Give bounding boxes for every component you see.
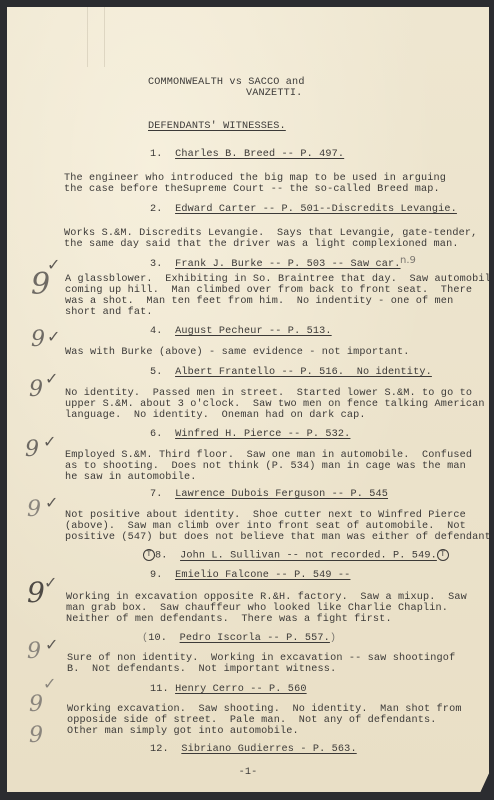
witness-9-body-3: Neither of men defendants. There was a f… (66, 614, 392, 626)
witness-3-body-2: coming up hill. Man climbed over from ba… (65, 285, 472, 297)
witness-3-body-3: was a shot. Man ten feet from him. No in… (65, 296, 453, 308)
circled-t-mark: T (143, 549, 155, 561)
witness-11-heading: 11. Henry Cerro -- P. 560 (150, 684, 307, 696)
check-mark-icon: ✓ (43, 674, 56, 693)
witness-11-body-3: Other man simply got into automobile. (67, 726, 299, 738)
margin-nine-mark: 9 (29, 725, 43, 747)
section-heading: DEFENDANTS' WITNESSES. (148, 121, 286, 133)
witness-2-body-2: the same day said that the driver was a … (64, 239, 459, 251)
witness-10-heading: (10. Pedro Iscorla -- P. 557.) (142, 633, 336, 645)
check-mark-icon: ✓ (45, 493, 58, 512)
witness-6-heading: 6. Winfred H. Pierce -- P. 532. (150, 429, 350, 441)
witness-8-heading: T8. John L. Sullivan -- not recorded. P.… (143, 549, 449, 562)
witness-2-heading: 2. Edward Carter -- P. 501--Discredits L… (150, 204, 457, 216)
witness-10-body-1: Sure of non identity. Working in excavat… (67, 653, 455, 665)
margin-nine-mark: 9 (27, 499, 41, 521)
check-mark-icon: ✓ (43, 432, 56, 451)
witness-7-body-2: (above). Saw man climb over into front s… (65, 521, 466, 533)
check-mark-icon: ✓ (47, 327, 60, 346)
witness-3-body-4: short and fat. (65, 307, 153, 319)
witness-1-body-2: the case before theSupreme Court -- the … (64, 184, 440, 196)
witness-4-heading: 4. August Pecheur -- P. 513. (150, 326, 332, 338)
fold-mark (87, 7, 88, 67)
witness-10-body-2: B. Not defendants. Not important witness… (67, 664, 336, 676)
witness-9-heading: 9. Emielio Falcone -- P. 549 -- (150, 570, 350, 582)
check-mark-icon: ✓ (44, 573, 57, 592)
document-page: COMMONWEALTH vs SACCO and VANZETTI. DEFE… (7, 7, 489, 792)
witness-11-body-1: Working excavation. Saw shooting. No ide… (67, 704, 462, 716)
witness-11-body-2: opposide side of street. Pale man. Not a… (67, 715, 437, 727)
witness-5-heading: 5. Albert Frantello -- P. 516. No identi… (150, 367, 432, 379)
margin-nine-mark: 9 (27, 582, 45, 604)
title-line-2: VANZETTI. (246, 88, 302, 100)
check-mark-icon: ✓ (45, 635, 58, 654)
handwritten-note: n.9 (400, 255, 416, 266)
witness-1-body-1: The engineer who introduced the big map … (64, 173, 446, 185)
witness-7-heading: 7. Lawrence Dubois Ferguson -- P. 545 (150, 489, 388, 501)
witness-3-heading: 3. Frank J. Burke -- P. 503 -- Saw car. (150, 259, 401, 271)
witness-4-body-1: Was with Burke (above) - same evidence -… (65, 347, 410, 359)
witness-5-body-3: language. No identity. Oneman had on dar… (65, 410, 366, 422)
witness-6-body-3: he saw in automobile. (65, 472, 197, 484)
witness-6-body-1: Employed S.&M. Third floor. Saw one man … (65, 450, 472, 462)
witness-5-body-2: upper S.&M. about 3 o'clock. Saw two men… (65, 399, 485, 411)
witness-5-body-1: No identity. Passed men in street. Start… (65, 388, 472, 400)
witness-2-body-1: Works S.&M. Discredits Levangie. Says th… (64, 228, 477, 240)
margin-nine-mark: 9 (27, 641, 41, 663)
margin-nine-mark: 9 (25, 439, 39, 461)
margin-nine-mark: 9 (31, 329, 45, 351)
title-line-1: COMMONWEALTH vs SACCO and (148, 77, 305, 89)
margin-nine-mark: 9 (31, 274, 50, 296)
witness-1-heading: 1. Charles B. Breed -- P. 497. (150, 149, 344, 161)
witness-3-body-1: A glassblower. Exhibiting in So. Braintr… (65, 274, 494, 286)
witness-9-body-2: man grab box. Saw chauffeur who looked l… (66, 603, 448, 615)
witness-6-body-2: as to shooting. Does not think (P. 534) … (65, 461, 466, 473)
witness-9-body-1: Working in excavation opposite R.&H. fac… (66, 592, 467, 604)
fold-mark (104, 7, 105, 67)
check-mark-icon: ✓ (45, 369, 58, 388)
witness-7-body-1: Not positive about identity. Shoe cutter… (65, 510, 466, 522)
check-mark-icon: ✓ (47, 255, 60, 274)
margin-nine-mark: 9 (29, 379, 43, 401)
witness-7-body-3: positive (547) but does not believe that… (65, 532, 494, 544)
circled-t-mark: T (437, 549, 449, 561)
margin-nine-mark: 9 (29, 694, 43, 716)
page-number: -1- (7, 767, 489, 779)
witness-12-heading: 12. Sibriano Gudierres - P. 563. (150, 744, 357, 756)
